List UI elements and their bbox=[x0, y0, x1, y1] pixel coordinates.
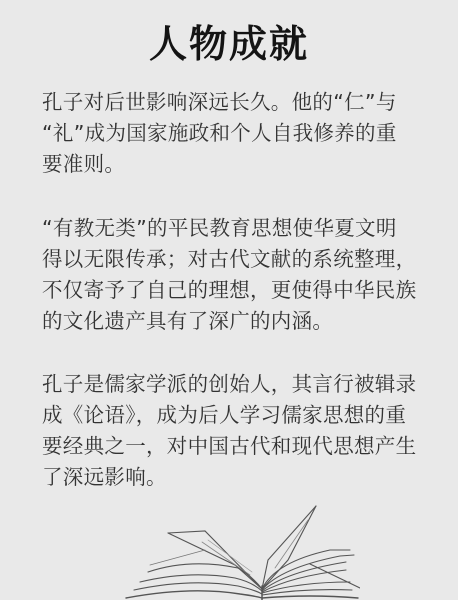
text-line: 孔子是儒家学派的创始人，其言行被辑录 bbox=[42, 369, 422, 400]
page-title: 人物成就 bbox=[0, 18, 458, 70]
text-line: 的文化遗产具有了深广的内涵。 bbox=[42, 306, 422, 337]
paragraph-confucianism: 孔子是儒家学派的创始人，其言行被辑录 成《论语》，成为后人学习儒家思想的重 要经… bbox=[42, 369, 422, 493]
paragraph-education: “有教无类”的平民教育思想使华夏文明 得以无限传承；对古代文献的系统整理， 不仅… bbox=[42, 213, 422, 337]
text-line: “有教无类”的平民教育思想使华夏文明 bbox=[42, 213, 422, 244]
text-line: 成《论语》，成为后人学习儒家思想的重 bbox=[42, 400, 422, 431]
paragraph-influence: 孔子对后世影响深远长久。他的“仁”与 “礼”成为国家施政和个人自我修养的重 要准… bbox=[42, 87, 422, 180]
text-line: 了深远影响。 bbox=[42, 462, 422, 493]
text-line: 不仅寄予了自己的理想，更使得中华民族 bbox=[42, 275, 422, 306]
open-book-sketch-icon bbox=[110, 490, 360, 600]
text-line: 要经典之一，对中国古代和现代思想产生 bbox=[42, 431, 422, 462]
text-line: “礼”成为国家施政和个人自我修养的重 bbox=[42, 118, 422, 149]
text-line: 得以无限传承；对古代文献的系统整理， bbox=[42, 244, 422, 275]
text-line: 要准则。 bbox=[42, 149, 422, 180]
text-line: 孔子对后世影响深远长久。他的“仁”与 bbox=[42, 87, 422, 118]
